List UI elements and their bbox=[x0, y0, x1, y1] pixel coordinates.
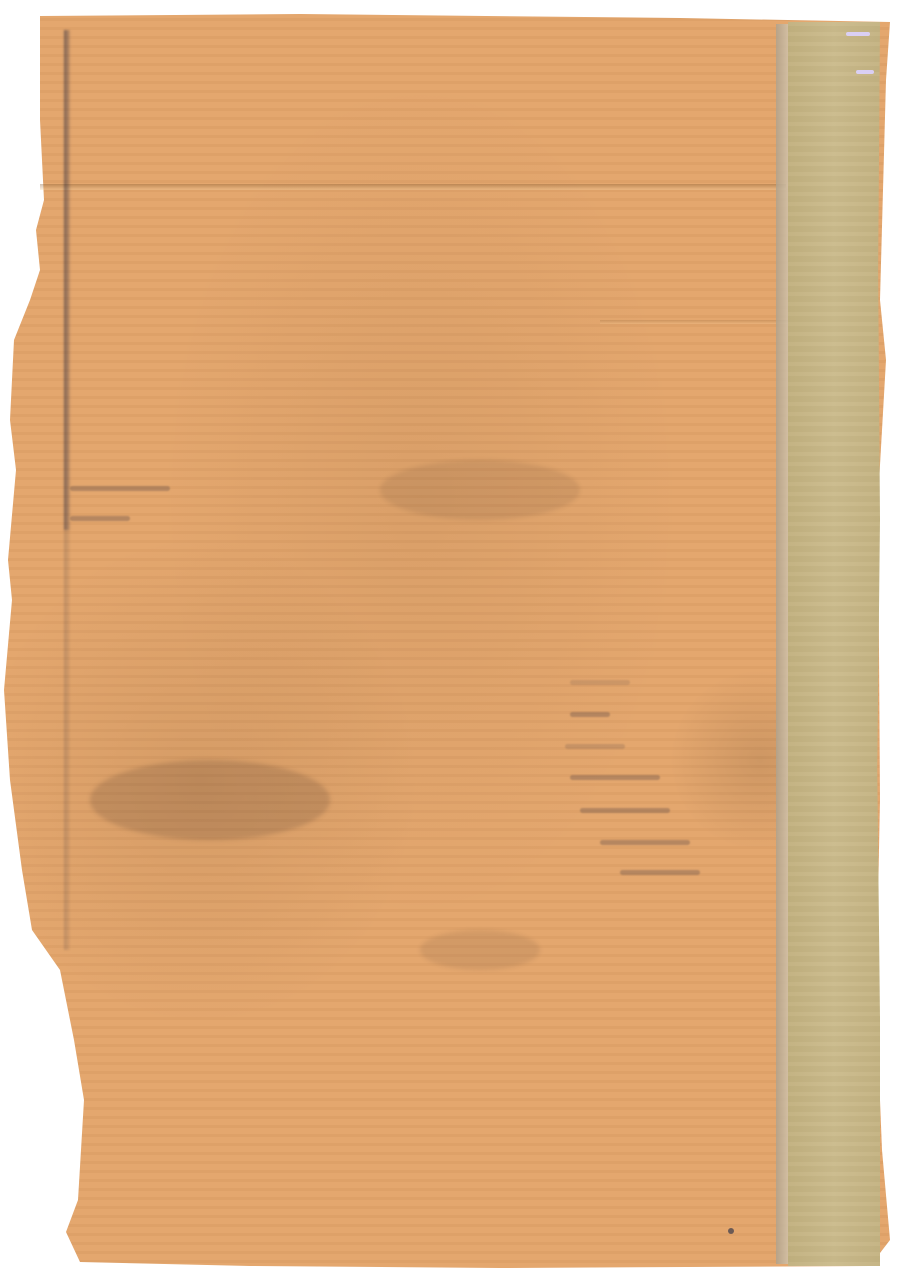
faint-mark bbox=[580, 808, 670, 813]
tape-glare bbox=[856, 70, 874, 74]
faint-mark bbox=[620, 870, 700, 875]
faint-mark bbox=[565, 744, 625, 749]
fold-crease bbox=[40, 184, 786, 190]
smudge bbox=[420, 930, 540, 970]
smudge bbox=[380, 460, 580, 520]
faint-mark bbox=[570, 680, 630, 685]
tape-glare bbox=[846, 32, 870, 36]
faint-mark bbox=[600, 840, 690, 845]
faint-mark bbox=[570, 775, 660, 780]
faint-mark bbox=[570, 712, 610, 717]
cardboard-edge bbox=[776, 24, 790, 1264]
cardboard-sheet bbox=[0, 0, 900, 1281]
smudge bbox=[90, 760, 330, 840]
faint-mark bbox=[70, 516, 130, 521]
pencil-edge-line bbox=[64, 30, 70, 530]
fold-crease-minor bbox=[600, 320, 790, 324]
pencil-edge-line-faint bbox=[64, 530, 70, 950]
dot-mark bbox=[728, 1228, 734, 1234]
packing-tape bbox=[788, 22, 880, 1266]
faint-mark bbox=[70, 486, 170, 491]
